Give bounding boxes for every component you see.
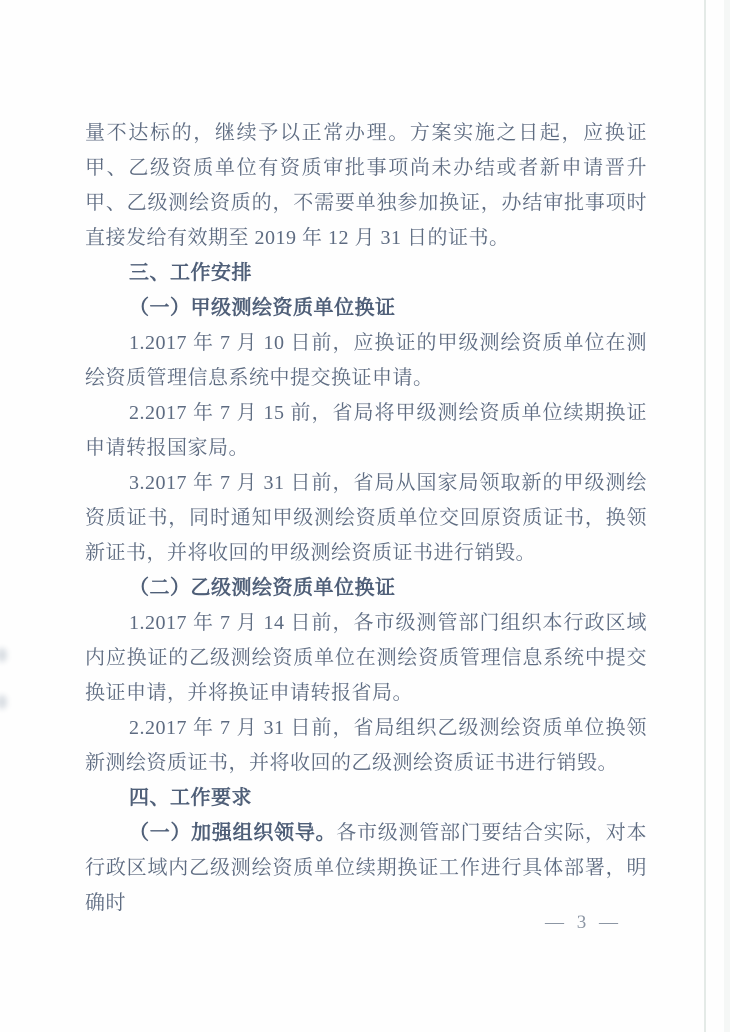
scan-edge-line	[704, 0, 706, 1032]
section-heading-3: 三、工作安排	[85, 256, 647, 291]
scan-smudge-artifact	[0, 695, 7, 709]
paragraph: 2.2017 年 7 月 15 前，省局将甲级测绘资质单位续期换证申请转报国家局…	[85, 396, 647, 466]
scan-smudge-artifact	[0, 648, 7, 662]
paragraph: 3.2017 年 7 月 31 日前，省局从国家局领取新的甲级测绘资质证书，同时…	[85, 466, 647, 571]
paragraph-continuation: 量不达标的，继续予以正常办理。方案实施之日起，应换证甲、乙级资质单位有资质审批事…	[85, 116, 647, 256]
section-heading-4: 四、工作要求	[85, 781, 647, 816]
page-number: — 3 —	[545, 912, 622, 934]
subsection-heading-1: （一）甲级测绘资质单位换证	[85, 291, 647, 326]
paragraph-with-lead: （一）加强组织领导。各市级测管部门要结合实际，对本行政区域内乙级测绘资质单位续期…	[85, 816, 647, 921]
document-page: 量不达标的，继续予以正常办理。方案实施之日起，应换证甲、乙级资质单位有资质审批事…	[0, 0, 730, 1032]
scan-edge-artifact	[724, 0, 730, 1032]
document-body: 量不达标的，继续予以正常办理。方案实施之日起，应换证甲、乙级资质单位有资质审批事…	[85, 116, 647, 921]
paragraph: 1.2017 年 7 月 10 日前，应换证的甲级测绘资质单位在测绘资质管理信息…	[85, 326, 647, 396]
paragraph: 2.2017 年 7 月 31 日前，省局组织乙级测绘资质单位换领新测绘资质证书…	[85, 711, 647, 781]
subsection-heading-2: （二）乙级测绘资质单位换证	[85, 571, 647, 606]
paragraph: 1.2017 年 7 月 14 日前，各市级测管部门组织本行政区域内应换证的乙级…	[85, 606, 647, 711]
paragraph-lead: （一）加强组织领导。	[129, 822, 336, 844]
